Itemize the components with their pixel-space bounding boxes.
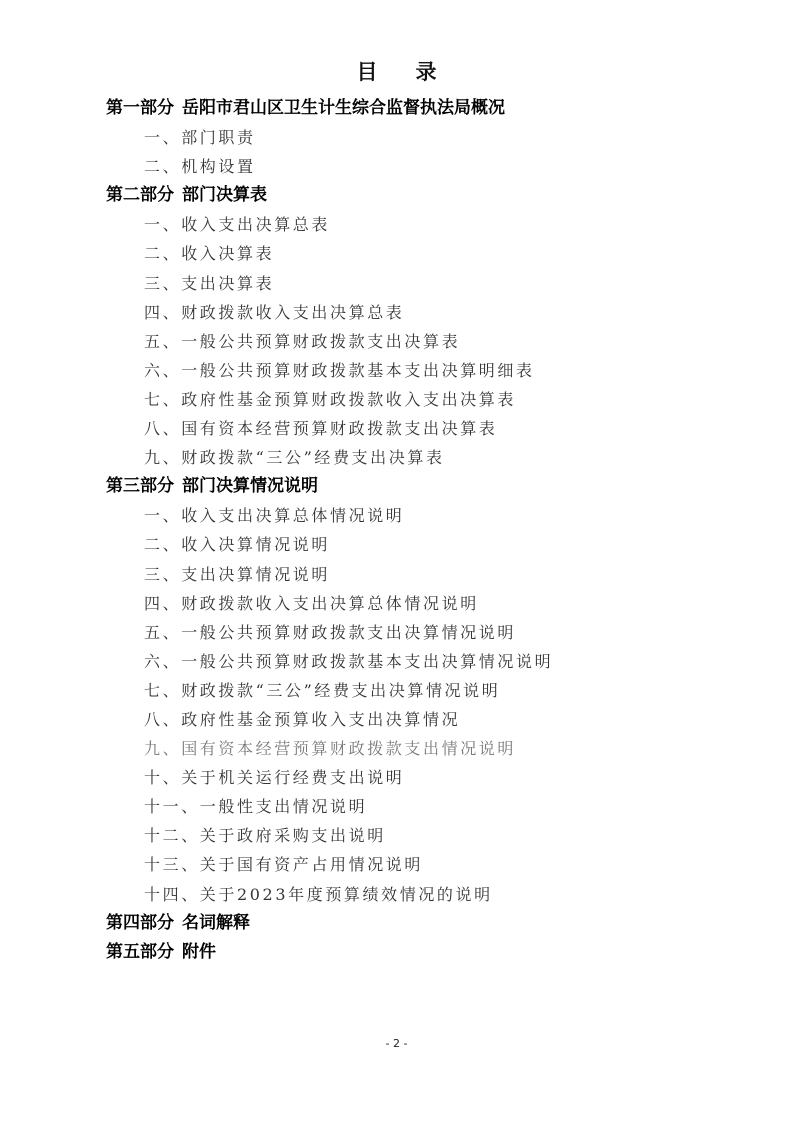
toc-part-2[interactable]: 第二部分部门决算表 [106, 181, 553, 210]
toc-item[interactable]: 八、政府性基金预算收入支出决算情况 [106, 705, 553, 734]
toc-part-4[interactable]: 第四部分名词解释 [106, 909, 553, 938]
part-label: 附件 [182, 942, 216, 962]
toc-item[interactable]: 十、关于机关运行经费支出说明 [106, 763, 553, 792]
toc-item[interactable]: 六、一般公共预算财政拨款基本支出决算明细表 [106, 356, 553, 385]
toc-item[interactable]: 四、财政拨款收入支出决算总体情况说明 [106, 589, 553, 618]
page-title: 目录 [0, 56, 793, 86]
part-number: 第二部分 [106, 185, 174, 205]
toc-item[interactable]: 一、收入支出决算总体情况说明 [106, 501, 553, 530]
toc-item[interactable]: 二、收入决算表 [106, 239, 553, 268]
toc-item[interactable]: 三、支出决算表 [106, 269, 553, 298]
toc-item[interactable]: 十二、关于政府采购支出说明 [106, 821, 553, 850]
toc-item[interactable]: 五、一般公共预算财政拨款支出决算情况说明 [106, 618, 553, 647]
title-char-2: 录 [416, 56, 437, 86]
toc-item[interactable]: 一、部门职责 [106, 123, 553, 152]
toc-item[interactable]: 六、一般公共预算财政拨款基本支出决算情况说明 [106, 647, 553, 676]
part-number: 第五部分 [106, 942, 174, 962]
part-number: 第一部分 [106, 98, 174, 118]
title-char-1: 目 [357, 56, 378, 86]
toc-item[interactable]: 七、财政拨款“三公”经费支出决算情况说明 [106, 676, 553, 705]
toc-item[interactable]: 二、机构设置 [106, 152, 553, 181]
toc-item[interactable]: 一、收入支出决算总表 [106, 210, 553, 239]
toc-item[interactable]: 五、一般公共预算财政拨款支出决算表 [106, 327, 553, 356]
toc-part-1[interactable]: 第一部分岳阳市君山区卫生计生综合监督执法局概况 [106, 94, 553, 123]
part-label: 岳阳市君山区卫生计生综合监督执法局概况 [182, 98, 505, 118]
toc-item[interactable]: 二、收入决算情况说明 [106, 530, 553, 559]
toc-part-5[interactable]: 第五部分附件 [106, 938, 553, 967]
part-number: 第四部分 [106, 913, 174, 933]
toc-item[interactable]: 九、国有资本经营预算财政拨款支出情况说明 [106, 734, 553, 763]
part-label: 名词解释 [182, 913, 250, 933]
toc-part-3[interactable]: 第三部分部门决算情况说明 [106, 472, 553, 501]
toc-item[interactable]: 八、国有资本经营预算财政拨款支出决算表 [106, 414, 553, 443]
toc-item[interactable]: 十四、关于2023年度预算绩效情况的说明 [106, 880, 553, 909]
part-label: 部门决算情况说明 [182, 476, 318, 496]
part-label: 部门决算表 [182, 185, 267, 205]
toc-item[interactable]: 七、政府性基金预算财政拨款收入支出决算表 [106, 385, 553, 414]
toc-item[interactable]: 四、财政拨款收入支出决算总表 [106, 298, 553, 327]
toc-item[interactable]: 十三、关于国有资产占用情况说明 [106, 850, 553, 879]
toc-item[interactable]: 九、财政拨款“三公”经费支出决算表 [106, 443, 553, 472]
table-of-contents: 第一部分岳阳市君山区卫生计生综合监督执法局概况 一、部门职责 二、机构设置 第二… [106, 94, 553, 967]
toc-item[interactable]: 三、支出决算情况说明 [106, 560, 553, 589]
toc-item[interactable]: 十一、一般性支出情况说明 [106, 792, 553, 821]
part-number: 第三部分 [106, 476, 174, 496]
page-number: - 2 - [0, 1037, 793, 1050]
